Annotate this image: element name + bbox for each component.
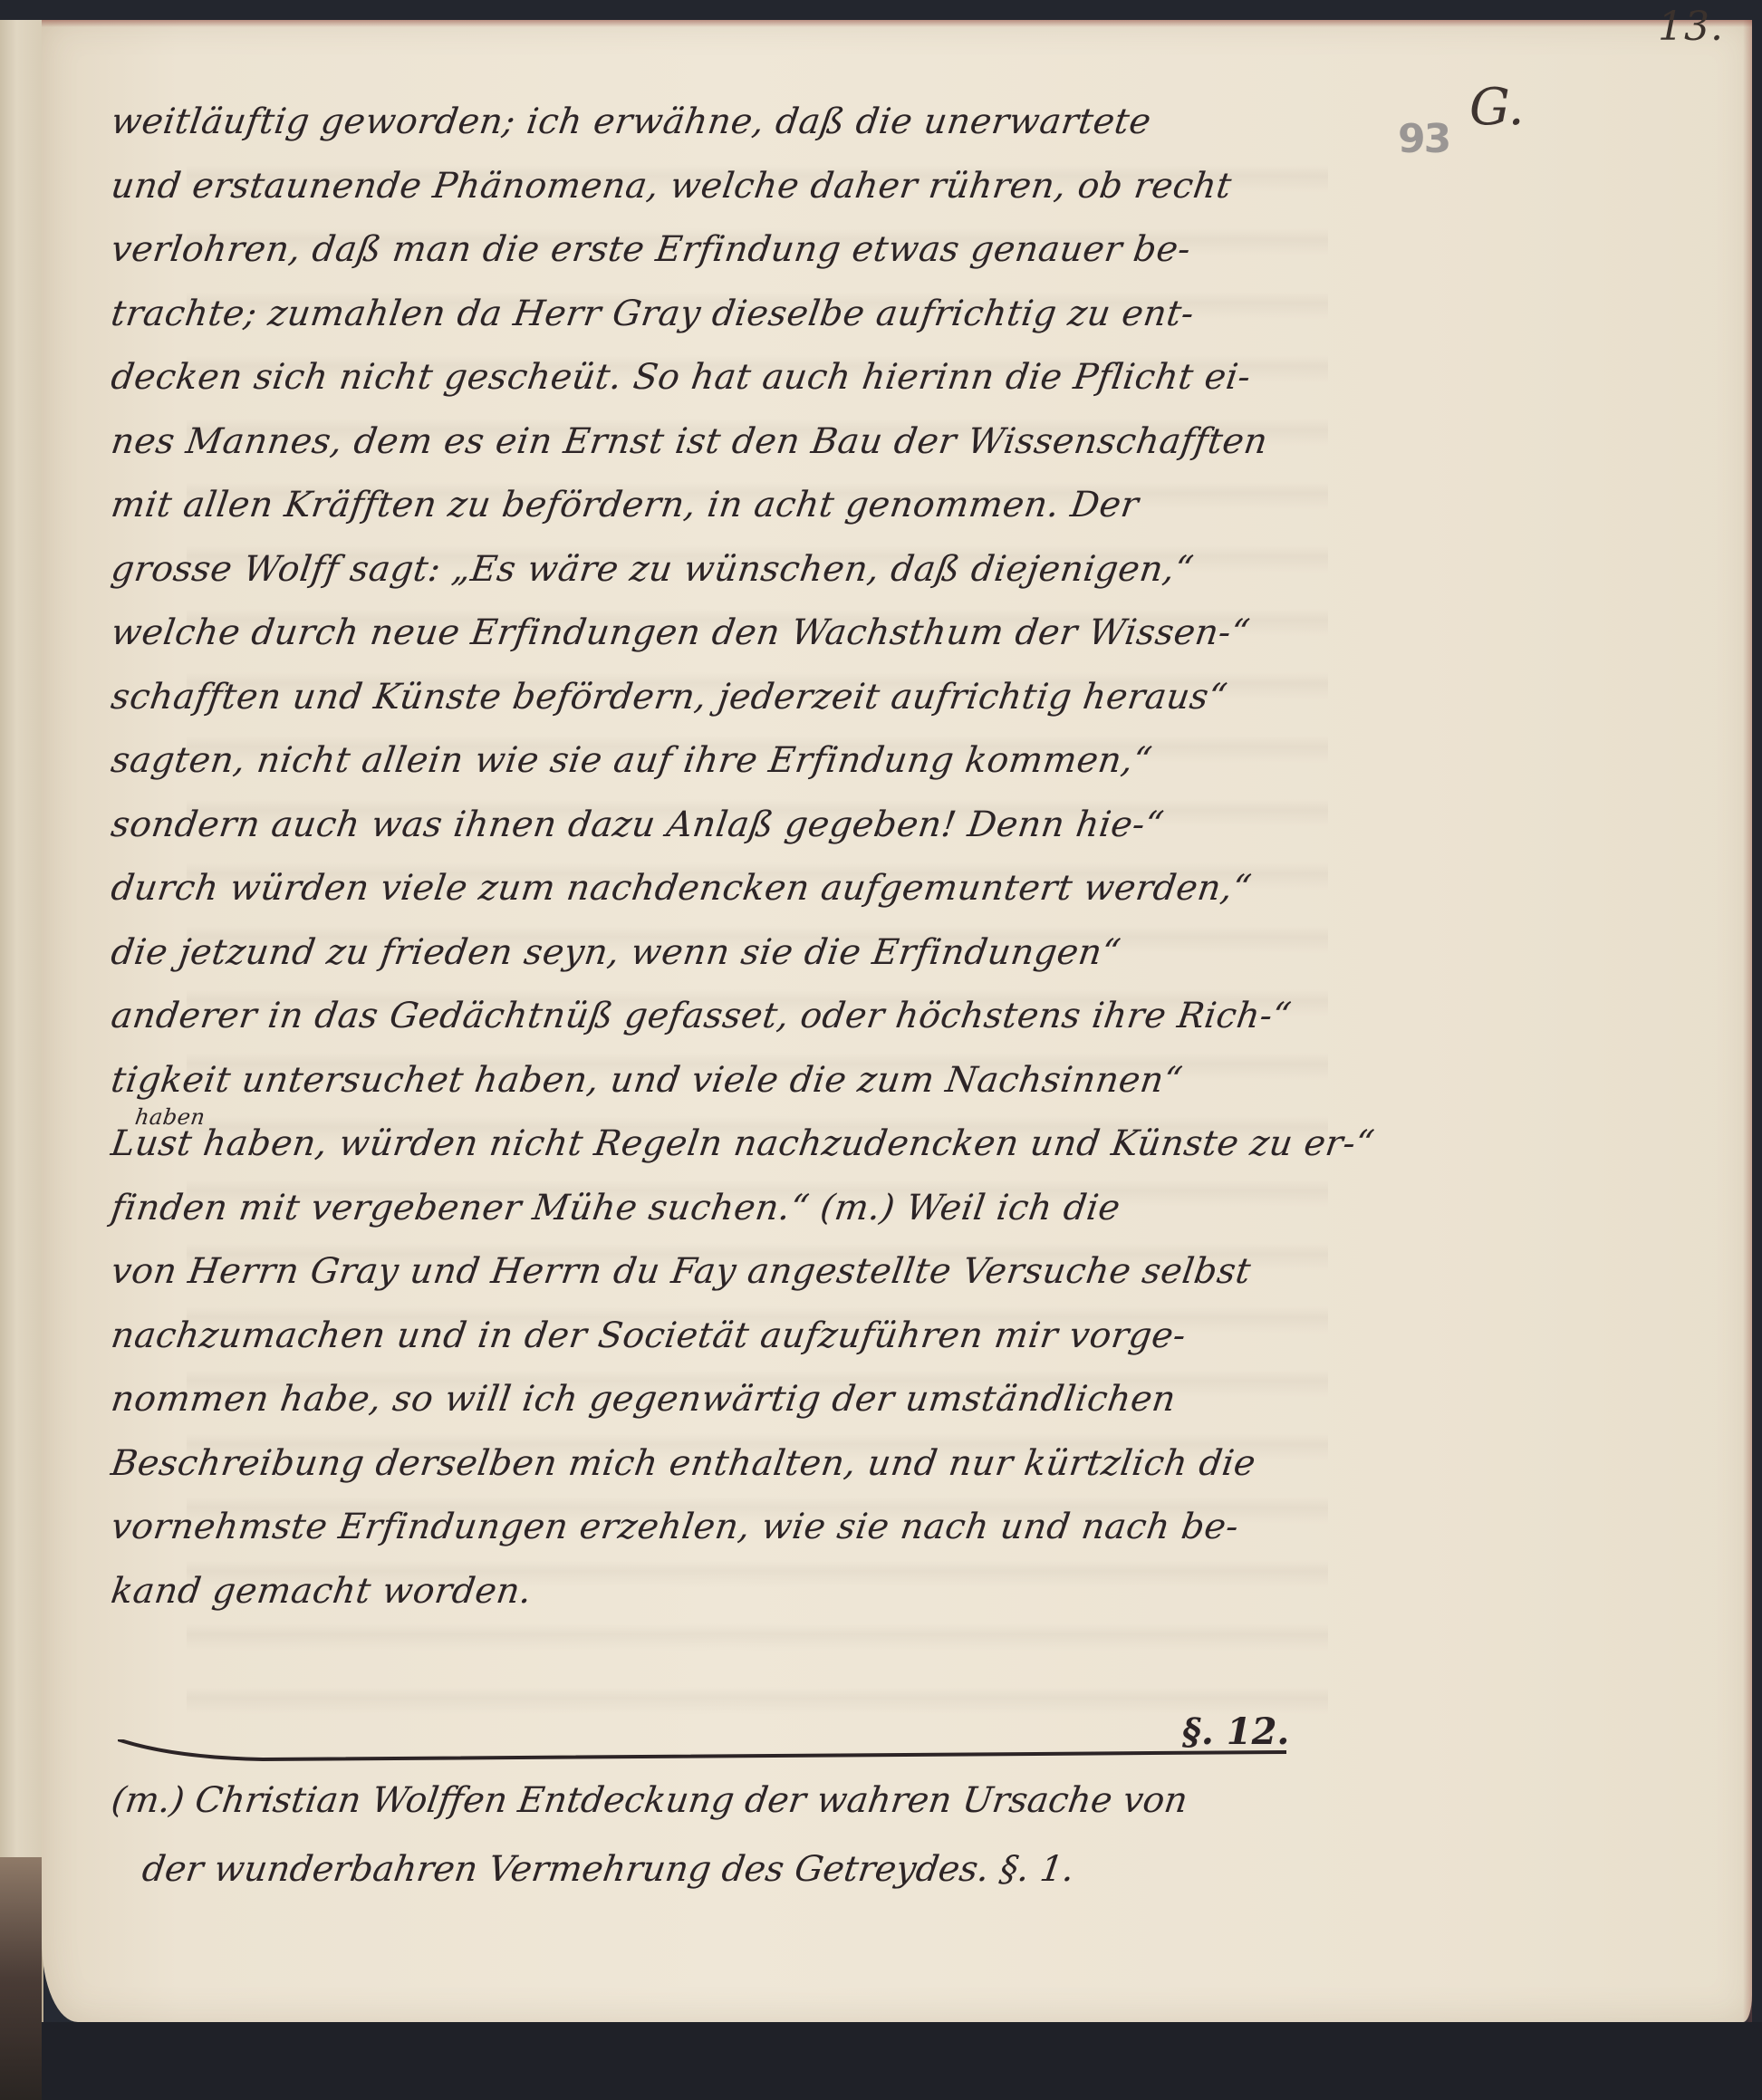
text-line: durch würden viele zum nachdencken aufge…: [107, 857, 1330, 921]
text-line: weitläuftig geworden; ich erwähne, daß d…: [107, 91, 1330, 155]
folio-number: 13.: [1658, 4, 1724, 50]
facing-page-edge: [0, 20, 43, 2100]
footnote-line: der wunderbahren Vermehrung des Getreyde…: [107, 1835, 1331, 1904]
text-line: kand gemacht worden.: [107, 1560, 1330, 1624]
archive-pencil-number: 93: [1398, 116, 1449, 162]
text-line: von Herrn Gray und Herrn du Fay angestel…: [107, 1240, 1330, 1305]
text-line: verlohren, daß man die erste Erfindung e…: [107, 218, 1330, 283]
text-line: mit allen Kräfften zu befördern, in acht…: [107, 474, 1330, 538]
text-line: Beschreibung derselben mich enthalten, u…: [107, 1432, 1330, 1497]
text-line: die jetzund zu frieden seyn, wenn sie di…: [107, 921, 1330, 986]
text-line: haben Lust haben, würden nicht Regeln na…: [107, 1113, 1330, 1177]
manuscript-body: weitläuftig geworden; ich erwähne, daß d…: [107, 91, 1321, 1623]
book-spine: [0, 1857, 42, 2100]
text-line: anderer in das Gedächtnüß gefasset, oder…: [107, 985, 1330, 1049]
footnote-separator: [118, 1739, 1286, 1743]
footnote-line: (m.) Christian Wolffen Entdeckung der wa…: [107, 1767, 1331, 1835]
text-line: nes Mannes, dem es ein Ernst ist den Bau…: [107, 410, 1330, 475]
text-line: trachte; zumahlen da Herr Gray dieselbe …: [107, 283, 1330, 347]
text-line: tigkeit untersuchet haben, und viele die…: [107, 1049, 1330, 1113]
scan-right-border: [1752, 20, 1762, 2100]
text-line: nommen habe, so will ich gegenwärtig der…: [107, 1368, 1330, 1432]
footnote: (m.) Christian Wolffen Entdeckung der wa…: [107, 1767, 1321, 1904]
scan-top-border: [0, 0, 1762, 20]
text-line: decken sich nicht gescheüt. So hat auch …: [107, 346, 1330, 410]
text-line: finden mit vergebener Mühe suchen.“ (m.)…: [107, 1177, 1330, 1241]
text-line: grosse Wolff sagt: „Es wäre zu wünschen,…: [107, 538, 1330, 602]
text-line: und erstaunende Phänomena, welche daher …: [107, 155, 1330, 219]
text-line: sagten, nicht allein wie sie auf ihre Er…: [107, 729, 1330, 794]
text-line: nachzumachen und in der Societät aufzufü…: [107, 1305, 1330, 1369]
scan-bottom-border: [42, 2022, 1762, 2100]
text-line: sondern auch was ihnen dazu Anlaß gegebe…: [107, 794, 1330, 858]
text-line: vornehmste Erfindungen erzehlen, wie sie…: [107, 1496, 1330, 1560]
footnote-rule-line: [118, 1739, 1286, 1767]
interlinear-insertion: haben: [130, 1085, 209, 1149]
text-line: schafften und Künste befördern, jederzei…: [107, 666, 1330, 730]
section-letter: G.: [1469, 78, 1525, 137]
text-line: welche durch neue Erfindungen den Wachst…: [107, 602, 1330, 666]
